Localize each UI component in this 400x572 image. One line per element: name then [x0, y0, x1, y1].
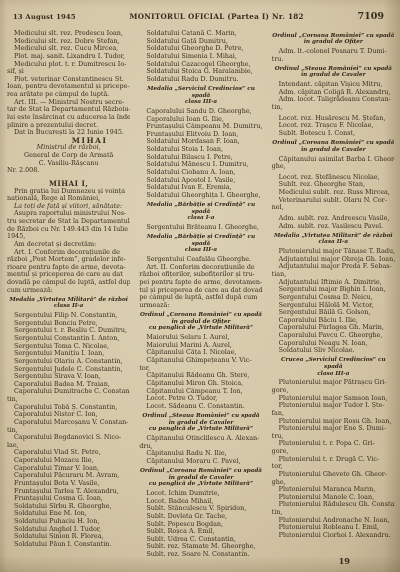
decoration-heading: Ordinul „Coroana României” cu spadăîn gr… [139, 312, 262, 332]
text-line: pei pentru fapte de arme, devotamen- [139, 279, 262, 287]
heading-line: clasa II-a [272, 239, 395, 246]
text-line: Sergentului Băilă G. Golson, [272, 309, 395, 317]
heading-line: clasa II-a [7, 303, 130, 310]
text-line: dovadă pe câmpul de luptă, astfel după [7, 279, 130, 287]
text-line: Soldatului Anghel I. Tudor, [7, 526, 130, 534]
decoration-heading: Medalia „Bărbăție și Credință” cu spadăc… [139, 234, 262, 254]
text-line: Soldatului Mănescu I. Dumitru, [139, 161, 262, 169]
text-line: urmează: [139, 302, 262, 310]
text-line: tar de Stat la Departamentul Războiu- [7, 106, 130, 114]
text-line: Căpitanului Rădeanu Gh. Stere, [139, 372, 262, 380]
text-line: Sergentului Olariu A. Constantin, [7, 358, 130, 366]
heading-line: clasa III-a [139, 247, 262, 254]
text-line: Caporalului Pârlagea Gh. Marin, [272, 324, 395, 332]
decoration-heading: Medalia „Virtutea Militară” de războicla… [272, 233, 395, 246]
text-line: Soldatului Sîrbu R. Gheorghe, [7, 503, 130, 511]
text-line: Sergentului Toma C. Nicolae, [7, 343, 130, 351]
text-line: Intendant. căpitan Vișicu Mitru, [272, 81, 395, 89]
text-line: Soldatului Gață Dumitru, [139, 38, 262, 46]
text-line: Plutonierului Ciorhoi I. Alexandru. [272, 532, 395, 540]
text-line: Sublt. Dovleta Gr. Tache, [139, 513, 262, 521]
heading-line: Ordinul „Coroana României” cu spadă [272, 140, 395, 147]
text-line: Fruntașului Elitvoiu D. Ioan, [139, 131, 262, 139]
text-line: Dat în București la 22 Iunie 1945. [7, 129, 130, 137]
text-line: Locot. Ichim Dumitrie, [139, 490, 262, 498]
heading-line: clasa III-a [272, 371, 395, 378]
text-line: tor, [139, 365, 262, 373]
text-line: dru, [139, 443, 262, 451]
text-line: război „Post Mortem”, gradelor infe- [7, 256, 130, 264]
text-line: Soldatului Bilascu I. Petre, [139, 154, 262, 162]
text-line: rioare pentru fapte de arme, devota- [7, 264, 130, 272]
decoration-heading: Medalia „Serviciul Credincios” cu spadăc… [139, 86, 262, 106]
text-line: Soldatului Mordasan F. Ioan, [139, 138, 262, 146]
decoration-heading: Ordinul „Steaua României” cu spadăîn gra… [272, 66, 395, 79]
heading-line: cu panglică de „Virtute Militară” [139, 481, 262, 488]
text-line: Caporalului Păcuraru M. Avram, [7, 472, 130, 480]
heading-line: Medalia „Virtutea Militară” de război [7, 297, 130, 304]
text-line: Plot. maj. sanit. Lixandru I. Tudor, [7, 53, 130, 61]
text-line: Medicului slt. rez. Predescu Ioan, [7, 30, 130, 38]
text-line: Plutonierului major Roșu Gh. Ioan, [272, 418, 395, 426]
text-line: mentul și priceperea de care au dat [7, 271, 130, 279]
text-line: Plutonierului Andronache N. Ioan, [272, 517, 395, 525]
text-line: Căpitanului Ghimpețeanu V. Vic- [139, 357, 262, 365]
text-line: Caporalului Bogdanovici S. Nico- [7, 434, 130, 442]
text-line: Locot. Petre O. Tudor, [139, 395, 262, 403]
text-line: Sergentului Brăteanu I. Gheorghe, [139, 224, 262, 232]
decoration-heading: Ordinul „Coroana României” cu spadăîn gr… [139, 468, 262, 488]
text-line: Plutonierului Maranca Marin, [272, 486, 395, 494]
text-line: Medicului slt. rez. Dobre Ștefan, [7, 38, 130, 46]
text-line: Soldatului Stoica G. Haralambie, [139, 68, 262, 76]
text-columns: Medicului slt. rez. Predescu Ioan,Medicu… [7, 30, 395, 556]
text-line: tin, [7, 427, 130, 435]
text-line: Fruntașului Câmpeanu M. Dumitru, [139, 123, 262, 131]
text-line: Locot. rez. Husărescu M. Ștefan, [272, 115, 395, 123]
text-line: Soldatului Radu D. Dumitru. [139, 76, 262, 84]
text-line: Asupra raportului ministrului Nos- [7, 210, 130, 218]
text-line: Medicului slt. rez. Cucu Mircea, [7, 45, 130, 53]
text-line: Adjutantului Iftimie A. Dimitrie, [272, 279, 395, 287]
text-line: Caporalului Badea M. Traian, [7, 381, 130, 389]
text-line: Maiorului Marini A. Aurel, [139, 342, 262, 350]
text-line: Căpitanului Miron Gh. Stoica, [139, 380, 262, 388]
text-line: Fruntașului Tarlea T. Alexandru, [7, 488, 130, 496]
heading-line: Ordinul „Coroana României” cu spadă [139, 312, 262, 319]
text-line: La toți de față și viitori, sănătate: [7, 203, 130, 211]
text-line: Caporalului Tobă Ș. Constantin, [7, 404, 130, 412]
text-line: Art. I. Conferim decorațiunile de [7, 249, 130, 257]
text-line: Medicului sublt. rez. Russ Mircea, [272, 189, 395, 197]
text-line: Art. II. Conferim decorațiunile de [139, 264, 262, 272]
text-line: Sergentului Hălolă M. Victor, [272, 302, 395, 310]
text-line: Nr. 2.008. [7, 167, 130, 175]
text-line: pe câmpul de luptă, astfel după cum [139, 294, 262, 302]
heading-line: Ordinul „Steaua României” cu spadă [139, 413, 262, 420]
text-line: cum urmează: [7, 287, 130, 295]
text-line: război ofițerilor, subofițerilor și tru- [139, 271, 262, 279]
text-line: Caporalului Nistor C. Ion, [7, 411, 130, 419]
text-line: tru secretar de Stat la Departamentul [7, 218, 130, 226]
gazette-page: 13 August 1945 MONITORUL OFICIAL (Partea… [0, 0, 400, 572]
text-line: Caporalului Mozacu Ilie, [7, 457, 130, 465]
text-column-2: Soldatului Catană C. Marin,Soldatului Ga… [139, 30, 262, 556]
heading-line: Crucea „Serviciul Credincios” cu spadă [272, 357, 395, 370]
text-line: Caporalului Timar V. Ioan, [7, 465, 130, 473]
text-line: Adjutantului major Preda F. Sebas- [272, 263, 395, 271]
heading-line: în gradul de Cavaler [272, 147, 395, 154]
text-line: Sublt. Botescu I. Const, [272, 130, 395, 138]
text-line: Soldatului Păun I. Constantin. [7, 541, 130, 549]
text-line: Sublt. Stănculescu V. Spiridon, [139, 505, 262, 513]
text-line: tru, [272, 433, 395, 441]
text-line: Caporalului Vlad St. Petre, [7, 449, 130, 457]
text-line: Caporalului Ioan G. Ilie, [139, 116, 262, 124]
text-line: 1945, [7, 233, 130, 241]
text-line: gore, [272, 387, 395, 395]
decoration-heading: Ordinul „Steaua României” cu spadăîn gra… [139, 413, 262, 433]
text-line: de Război cu Nr. 149.443 din 14 Iulie [7, 226, 130, 234]
text-line: Sublt. rez. Soare N. Constantin. [139, 551, 262, 556]
text-line: Soldatului Cazacogel Gheorghe, [139, 61, 262, 69]
heading-line: Medalia „Virtutea Militară” de război [272, 233, 395, 240]
text-line: Veterinarului sublt. Olaru N. Cor- [272, 197, 395, 205]
text-line: lae, [7, 442, 130, 450]
text-line: Plutonierului major Tănase T. Radu, [272, 248, 395, 256]
heading-line: în gradul de Cavaler [139, 475, 262, 482]
text-line: Sublt. rez. Gheorghe Stan, [272, 181, 395, 189]
heading-line: Medalia „Serviciul Credincios” cu spadă [139, 86, 262, 99]
text-line: Sergentului Manițiu I. Ioan, [7, 350, 130, 358]
text-column-3: Ordinul „Coroana României” cu spadăîn gr… [272, 30, 395, 556]
heading-line: clasa III-a [139, 99, 262, 106]
text-line: Sergentului Constantin I. Anton, [7, 335, 130, 343]
text-line: Sergentului Bonciu Petre, [7, 320, 130, 328]
text-line: General de Corp de Armată [7, 152, 130, 160]
text-line: Adm. locot. Taligrădeanu Constan- [272, 96, 395, 104]
text-line: Sergentului Ceafalău Gheorghe. [139, 256, 262, 264]
text-line: Locot. Sădeanu C. Constantin. [139, 403, 262, 411]
text-line: Fruntașului Cosma G. Ioan, [7, 495, 130, 503]
text-line: Soldatului Simenia I. Mihai, [139, 53, 262, 61]
text-line: Plutonierului t. r. Popa C. Gri- [272, 440, 395, 448]
text-line: Sergentului major Bighin I. Ioan, [272, 286, 395, 294]
text-line: nel, [272, 204, 395, 212]
text-line: Sublt. rez. Stamate M. Gheorghe, [139, 543, 262, 551]
text-line: Căpitanului Radu N. Ilie, [139, 450, 262, 458]
text-line: tru. [272, 56, 395, 64]
text-line: C. Vasiliu-Rășcanu [7, 160, 130, 168]
text-line: Medicului plot. t. r. Dumitrescu Io- [7, 61, 130, 69]
text-line: Sergentului Filip N. Constantin, [7, 312, 130, 320]
text-line: Locot. rez. Ștefănescu Nicolae, [272, 174, 395, 182]
text-line: Soldatului Ene M. Ion, [7, 510, 130, 518]
text-line: Maiorului Selaru I. Aurel, [139, 334, 262, 342]
text-line: Sublt. Roșca A. Emil, [139, 528, 262, 536]
text-line: Soldatului Catană C. Marin, [139, 30, 262, 38]
heading-line: în gradul de Ofițer [272, 39, 395, 46]
text-line: Plot. veterinar Constantinescu St. [7, 76, 130, 84]
text-line: Soldatului Gheorghița I. Gheorghe, [139, 192, 262, 200]
text-line: Sublt. Udrea C. Constantin, [139, 536, 262, 544]
text-line: tian, [272, 271, 395, 279]
text-line: Art. III. — Ministrul Nostru secre- [7, 99, 130, 107]
text-line: tin, [272, 509, 395, 517]
decoration-heading: Ordinul „Coroana României” cu spadăîn gr… [272, 33, 395, 46]
text-line: Adm. sublt. rez. Vasilescu Pavel. [272, 223, 395, 231]
text-line: Soldatului Ciobanu A. Ioan, [139, 169, 262, 177]
decoration-heading: Medalia „Bărbăție și Credință” cu spadăc… [139, 202, 262, 222]
text-line: națională, Rege al României, [7, 195, 130, 203]
text-line: sif, și [7, 68, 130, 76]
footer-page-number: 19 [339, 556, 350, 566]
text-line: Soldatului Stoia I. Ioan, [139, 146, 262, 154]
text-line: Caporalului Sandu D. Gheorghe, [139, 108, 262, 116]
text-line: MIHAI I, [7, 180, 130, 188]
text-line: Am decretat și decretăm: [7, 241, 130, 249]
text-line: tor, [272, 463, 395, 471]
header-date: 13 August 1945 [13, 13, 76, 21]
text-line: Adm. sublt. rez. Andreescu Vasile, [272, 215, 395, 223]
text-line: Caporalului Dumitrache C. Constan- [7, 388, 130, 396]
text-line: Căpitanului Moraru C. Pavel, [139, 458, 262, 466]
text-line: Căpitanului Câmpeanu T. Ion, [139, 388, 262, 396]
text-line: rea arătate pe câmpul de luptă. [7, 91, 130, 99]
text-line: tul și priceperea de care au dat dovadă [139, 287, 262, 295]
header-page-number: 7109 [358, 11, 384, 22]
text-line: Plutonierului t. r. Drugă C. Vic- [272, 456, 395, 464]
text-line: ghe, [272, 479, 395, 487]
text-line: Plutonierului Ghevete Gh. Gheor- [272, 471, 395, 479]
text-line: plinire a prezentului decret. [7, 122, 130, 130]
text-line: Soldatului Sinion R. Florea, [7, 533, 130, 541]
text-line: Plutonierului Manole C. Ioan, [272, 494, 395, 502]
text-line: tin, [7, 396, 130, 404]
text-line: Sergentului Sîrava V. Ioan, [7, 373, 130, 381]
text-line: gore, [272, 448, 395, 456]
text-line: Plutonierului major Pătrașcu Gri- [272, 379, 395, 387]
text-line: Adm. lt.-colonel Posnaru T. Dumi- [272, 48, 395, 56]
text-line: Soldatului Gheorghe D. Petre, [139, 45, 262, 53]
text-line: Sublt. Popescu Bogdan, [139, 521, 262, 529]
heading-line: clasa I-a [139, 215, 262, 222]
text-line: Prin grația lui Dumnezeu și voința [7, 188, 130, 196]
text-line: Locot. Badea Mihail, [139, 498, 262, 506]
text-line: Fruntașului Bota V. Vasile, [7, 480, 130, 488]
text-line: Plutonierului major Tudor I. Ște- [272, 402, 395, 410]
heading-line: Medalia „Bărbăție și Credință” cu spadă [139, 202, 262, 215]
text-line: Caporalului Marcoșanu V. Constan- [7, 419, 130, 427]
text-line: ghe, [272, 163, 395, 171]
heading-line: cu panglică de „Virtute Militară” [139, 325, 262, 332]
text-line: Plutonierului major Samson Ioan, [272, 395, 395, 403]
text-line: lui este însărcinat cu aducerea la înde- [7, 114, 130, 122]
heading-line: Ordinul „Coroana României” cu spadă [139, 468, 262, 475]
header-title: MONITORUL OFICIAL (Partea I) Nr. 182 [129, 12, 303, 21]
text-line: Sergentului Cosma D. Neicu, [272, 294, 395, 302]
text-line: MIHAI [7, 137, 130, 145]
decoration-heading: Crucea „Serviciul Credincios” cu spadăcl… [272, 357, 395, 377]
text-line: Soldatului Apostol I. Vasile, [139, 177, 262, 185]
text-line: Ioan, pentru devotamentul și pricepe- [7, 83, 130, 91]
text-line: Plutonierului major Ene S. Dumi- [272, 425, 395, 433]
text-line: Caporalului Neagu N. Ioan, [272, 340, 395, 348]
text-column-1: Medicului slt. rez. Predescu Ioan,Medicu… [7, 30, 130, 556]
text-line: Sergentului Judele C. Constantin, [7, 366, 130, 374]
text-line: Ministrul de război, [7, 144, 130, 152]
text-line: fan, [272, 410, 395, 418]
text-line: Plutonierului Robleanu I. Emil, [272, 524, 395, 532]
decoration-heading: Medalia „Virtutea Militară” de războicla… [7, 297, 130, 310]
heading-line: în gradul de Cavaler [139, 420, 262, 427]
text-line: tin, [272, 104, 395, 112]
decoration-heading: Ordinul „Coroana României” cu spadăîn gr… [272, 140, 395, 153]
heading-line: Medalia „Bărbăție și Credință” cu spadă [139, 234, 262, 247]
text-line: Locot. rez. Trașcu F. Nicolae, [272, 122, 395, 130]
text-line: Caporalului Băciu I. Ilie, [272, 317, 395, 325]
heading-line: în gradul de Cavaler [272, 72, 395, 79]
text-line: Soldatului Sliv Nicolae. [272, 347, 395, 355]
text-line: Adm. căpitan Coligă R. Alexandru, [272, 89, 395, 97]
text-line: Plutonierului Rădulescu Gh. Constan- [272, 501, 395, 509]
text-line: Caporalului Pavcu C. Gheorghe, [272, 332, 395, 340]
heading-line: în gradul de Ofițer [139, 319, 262, 326]
page-header: 13 August 1945 MONITORUL OFICIAL (Partea… [13, 11, 384, 22]
text-line: Soldatului Puhaciu H. Ion, [7, 518, 130, 526]
text-line: Adjutantului major Obreja Gh. Ioan, [272, 256, 395, 264]
heading-line: cu panglică de „Virtute Militară” [139, 426, 262, 433]
text-line: Căpitanului Câța I. Nicolae, [139, 349, 262, 357]
text-line: Soldatului Ivan E. Eremia, [139, 184, 262, 192]
text-line: Căpitanului asimilat Barba I. Gheor- [272, 156, 395, 164]
text-line: Sergentului t. r. Beșliu C. Dumitru, [7, 327, 130, 335]
text-line: Căpitanului Otinclilescu A. Alexan- [139, 435, 262, 443]
